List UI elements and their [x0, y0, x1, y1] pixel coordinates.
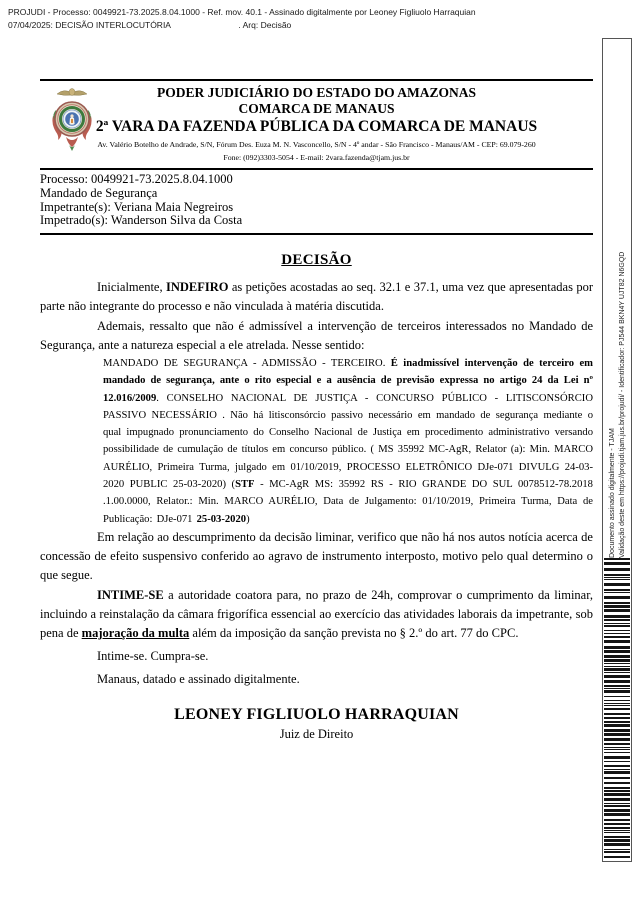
body-paragraph: Intime-se. Cumpra-se.	[40, 647, 593, 666]
decision-paragraphs: Inicialmente, INDEFIRO as petições acost…	[40, 278, 593, 689]
judge-role: Juiz de Direito	[40, 727, 593, 742]
court-header: PODER JUDICIÁRIO DO ESTADO DO AMAZONAS C…	[40, 79, 593, 170]
barcode-icon	[604, 558, 630, 859]
body-paragraph: Em relação ao descumprimento da decisão …	[40, 528, 593, 586]
body-paragraph: INTIME-SE a autoridade coatora para, no …	[40, 586, 593, 644]
case-impetrante: Impetrante(s): Veriana Maia Negreiros	[40, 201, 593, 215]
court-phone-email: Fone: (092)3303-5054 - E-mail: 2vara.faz…	[40, 152, 593, 163]
case-info: Processo: 0049921-73.2025.8.04.1000 Mand…	[40, 170, 593, 235]
tjam-coat-of-arms-icon	[50, 86, 94, 152]
body-paragraph: Ademais, ressalto que não é admissível a…	[40, 317, 593, 355]
quote-paragraph: MANDADO DE SEGURANÇA - ADMISSÃO - TERCEI…	[103, 355, 593, 528]
digital-signature-line2: Validação deste em https://projudi.tjam.…	[618, 46, 628, 558]
digital-signature-strip: Documento assinado digitalmente - TJAM V…	[602, 38, 632, 862]
court-address: Av. Valério Botelho de Andrade, S/N, Fór…	[40, 139, 593, 150]
court-name-line1: PODER JUDICIÁRIO DO ESTADO DO AMAZONAS	[40, 85, 593, 101]
court-name-line3: 2ª VARA DA FAZENDA PÚBLICA DA COMARCA DE…	[40, 117, 593, 136]
court-name-line2: COMARCA DE MANAUS	[40, 101, 593, 117]
meta-line-2-left: 07/04/2025: DECISÃO INTERLOCUTÓRIA	[8, 19, 236, 32]
digital-signature-line1: Documento assinado digitalmente - TJAM	[608, 46, 618, 558]
decision-title: DECISÃO	[40, 252, 593, 269]
case-impetrado: Impetrado(s): Wanderson Silva da Costa	[40, 214, 593, 228]
digital-signature-text: Documento assinado digitalmente - TJAM V…	[608, 46, 628, 558]
meta-line-2-right: . Arq: Decisão	[238, 20, 291, 30]
projudi-meta-header: PROJUDI - Processo: 0049921-73.2025.8.04…	[8, 6, 596, 32]
body-paragraph: Manaus, datado e assinado digitalmente.	[40, 670, 593, 689]
case-process-number: Processo: 0049921-73.2025.8.04.1000	[40, 173, 593, 187]
document-page: PROJUDI - Processo: 0049921-73.2025.8.04…	[0, 0, 636, 900]
document-content: PODER JUDICIÁRIO DO ESTADO DO AMAZONAS C…	[40, 79, 593, 742]
meta-line-2: 07/04/2025: DECISÃO INTERLOCUTÓRIA . Arq…	[8, 19, 596, 32]
body-paragraph: Inicialmente, INDEFIRO as petições acost…	[40, 278, 593, 316]
signature-block: LEONEY FIGLIUOLO HARRAQUIAN Juiz de Dire…	[40, 706, 593, 742]
meta-line-1: PROJUDI - Processo: 0049921-73.2025.8.04…	[8, 6, 596, 19]
judge-name: LEONEY FIGLIUOLO HARRAQUIAN	[40, 706, 593, 724]
case-class: Mandado de Segurança	[40, 187, 593, 201]
